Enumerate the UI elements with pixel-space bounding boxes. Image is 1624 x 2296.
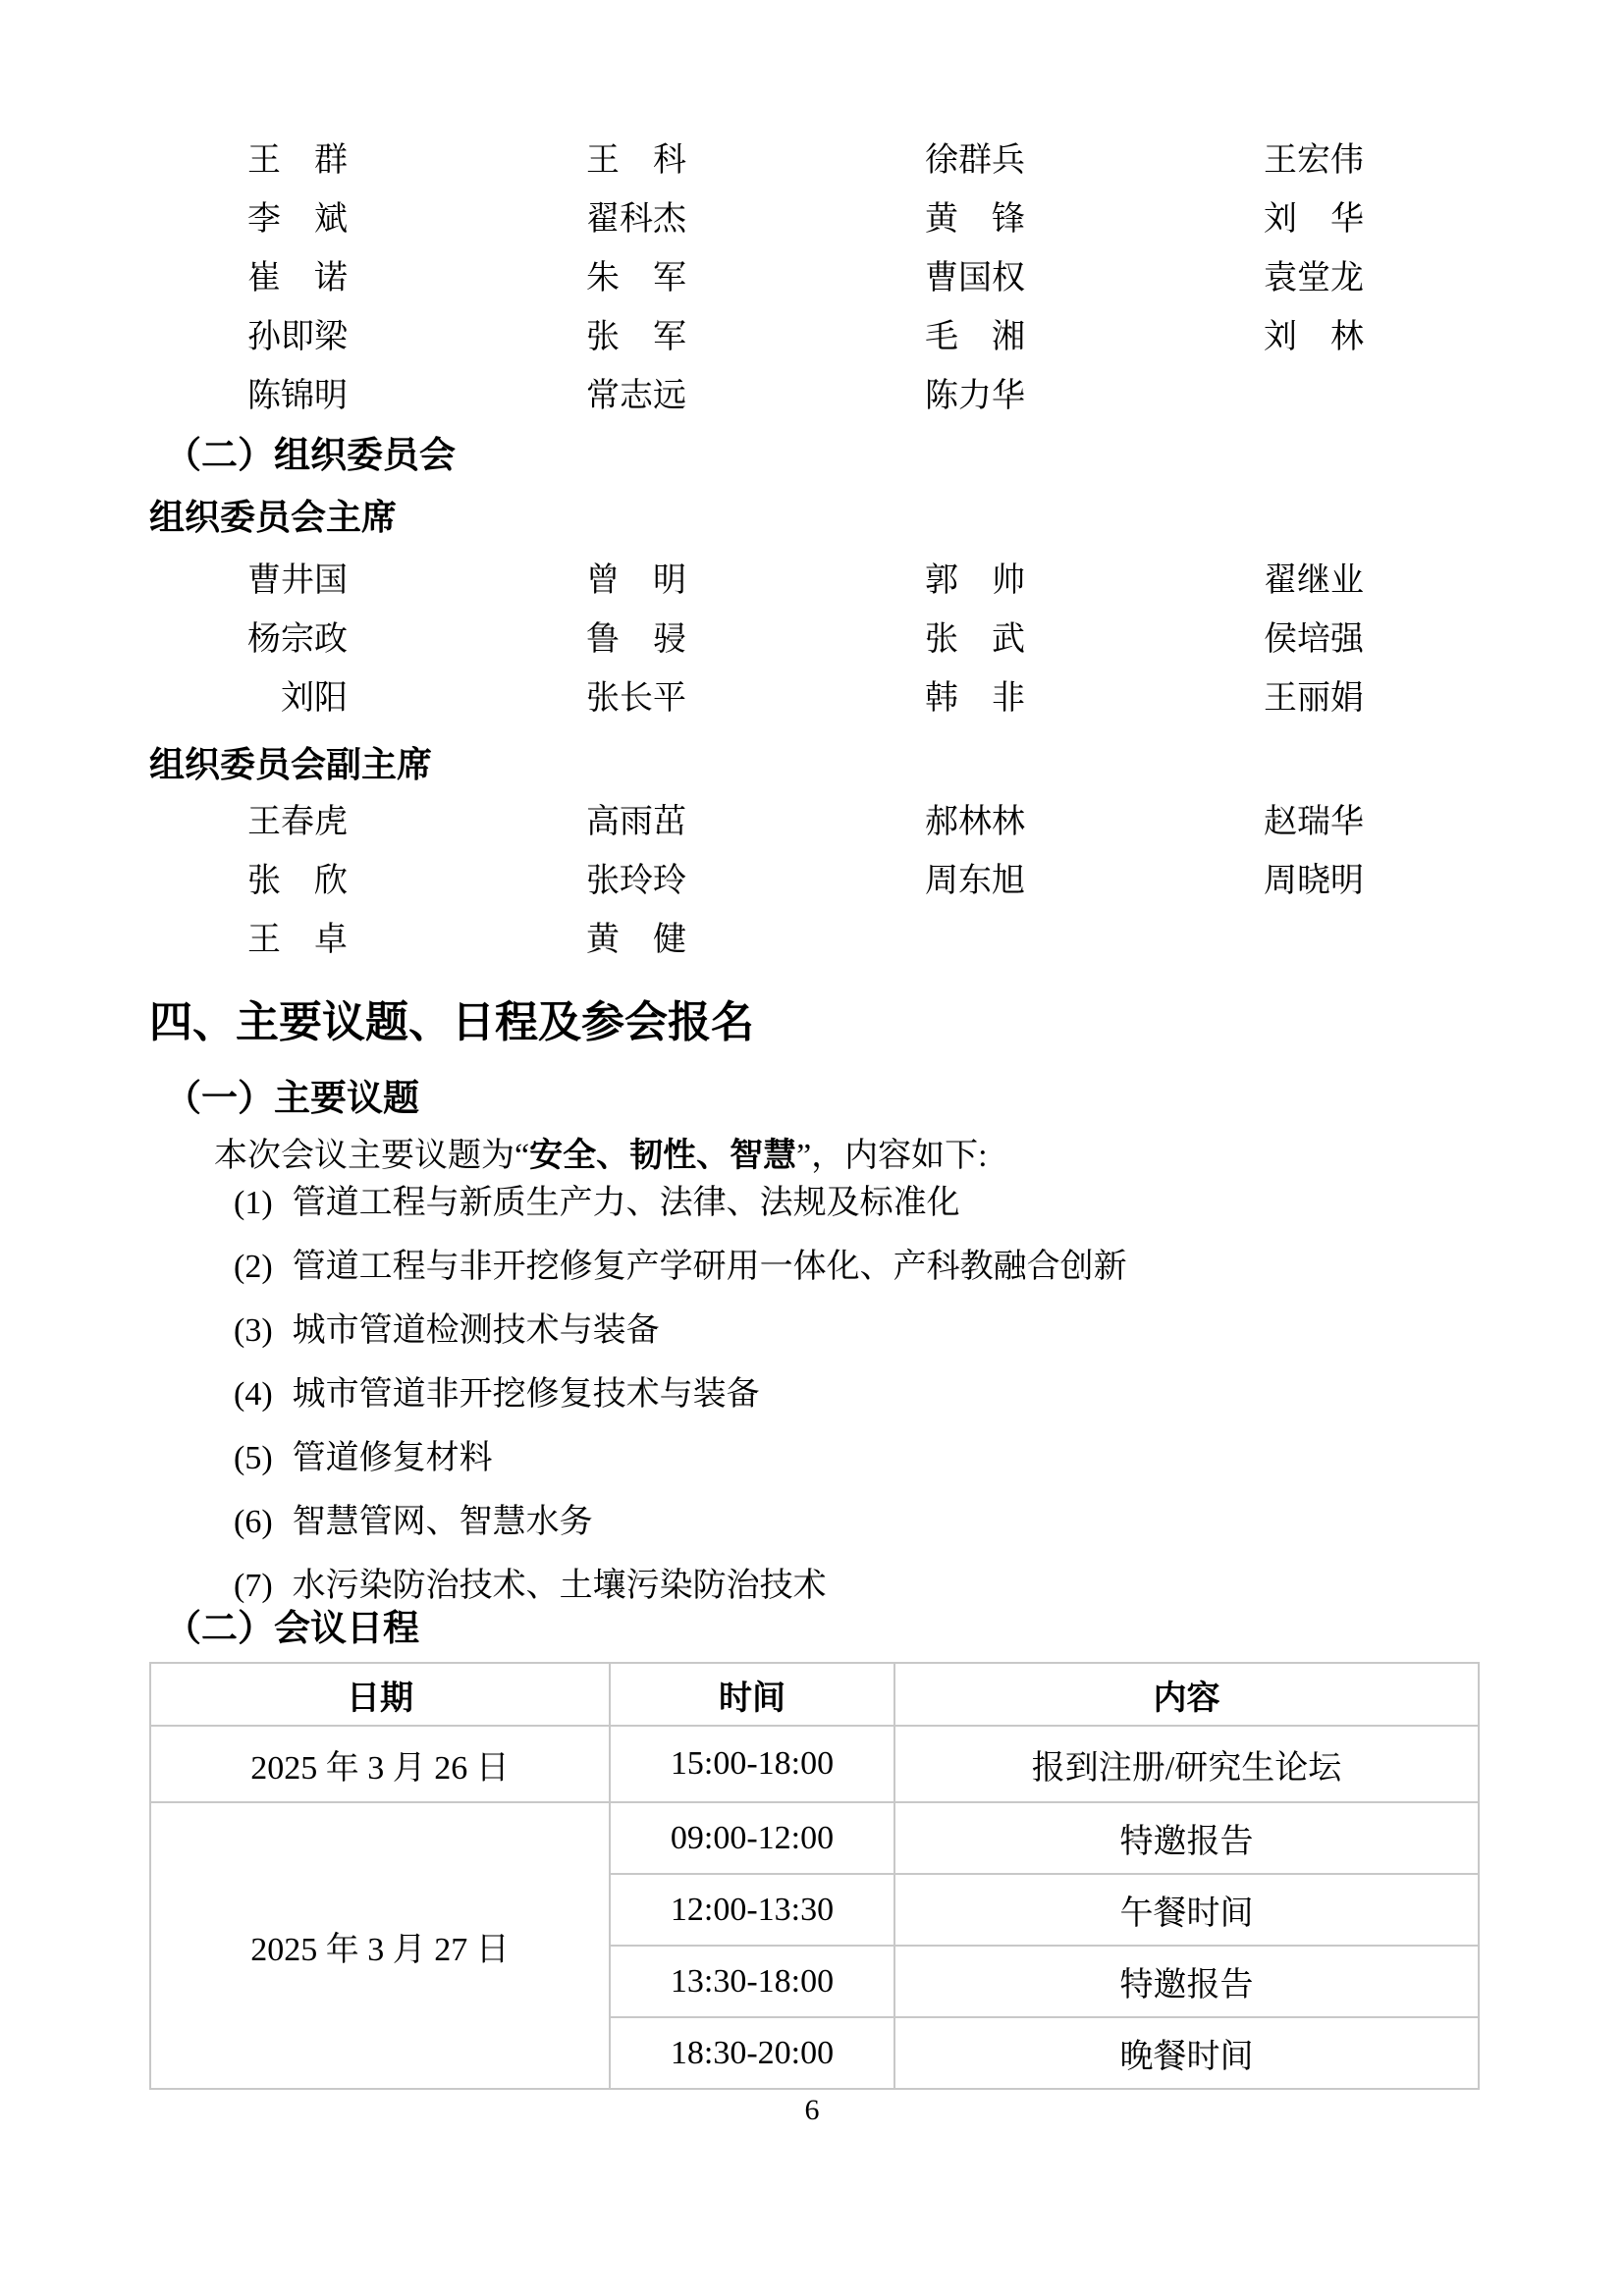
person-name: 陈力华 [925, 367, 1264, 426]
name-row: 王 卓黄 健 [247, 911, 1602, 970]
topic-item-text: 城市管道非开挖修复技术与装备 [293, 1376, 760, 1413]
name-row: 孙即梁张 军毛 湘刘 林 [247, 308, 1602, 367]
topic-item-number: (6) [234, 1490, 273, 1554]
topic-item-text: 管道工程与新质生产力、法律、法规及标准化 [293, 1185, 960, 1221]
topic-item-number: (5) [234, 1426, 273, 1490]
schedule-date-cell: 2025 年 3 月 26 日 [150, 1726, 610, 1802]
org-committee-section-heading: （二）组织委员会 [165, 430, 456, 483]
person-name: 陈锦明 [247, 367, 586, 426]
person-name: 王宏伟 [1264, 132, 1602, 190]
person-name: 张 武 [925, 611, 1264, 669]
topics-intro-suffix: ”，内容如下: [796, 1138, 988, 1174]
schedule-row-day1: 2025 年 3 月 26 日 15:00-18:00 报到注册/研究生论坛 [150, 1726, 1479, 1802]
person-name: 王春虎 [247, 793, 586, 852]
person-name: 孙即梁 [247, 308, 586, 367]
person-name: 曾 明 [586, 552, 925, 611]
person-name: 赵瑞华 [1264, 793, 1602, 852]
topic-item: (1)管道工程与新质生产力、法律、法规及标准化 [234, 1171, 1127, 1235]
topics-intro-keywords: 安全、韧性、智慧 [529, 1138, 796, 1174]
schedule-content-cell: 报到注册/研究生论坛 [894, 1726, 1479, 1802]
topic-item-number: (3) [234, 1299, 273, 1362]
topic-item: (2)管道工程与非开挖修复产学研用一体化、产科教融合创新 [234, 1235, 1127, 1299]
person-name [925, 911, 1264, 970]
person-name: 李 斌 [247, 190, 586, 249]
schedule-header-content: 内容 [894, 1663, 1479, 1726]
person-name: 曹井国 [247, 552, 586, 611]
person-name: 杨宗政 [247, 611, 586, 669]
person-name: 黄 健 [586, 911, 925, 970]
schedule-header-row: 日期 时间 内容 [150, 1663, 1479, 1726]
person-name: 曹国权 [925, 249, 1264, 308]
person-name: 黄 锋 [925, 190, 1264, 249]
topic-item-text: 管道修复材料 [293, 1440, 493, 1476]
person-name [1264, 367, 1602, 426]
page-number: 6 [0, 2093, 1624, 2128]
person-name: 袁堂龙 [1264, 249, 1602, 308]
topic-item-text: 管道工程与非开挖修复产学研用一体化、产科教融合创新 [293, 1249, 1127, 1285]
topic-item-number: (4) [234, 1362, 273, 1426]
topic-item: (4)城市管道非开挖修复技术与装备 [234, 1362, 1127, 1426]
schedule-time-cell: 18:30-20:00 [610, 2017, 894, 2089]
person-name: 张玲玲 [586, 852, 925, 911]
person-name: 韩 非 [925, 669, 1264, 728]
person-name: 崔 诺 [247, 249, 586, 308]
topic-item: (5)管道修复材料 [234, 1426, 1127, 1490]
schedule-content-cell: 特邀报告 [894, 1802, 1479, 1874]
person-name: 朱 军 [586, 249, 925, 308]
name-row: 王春虎高雨茁郝林林赵瑞华 [247, 793, 1602, 852]
person-name: 王丽娟 [1264, 669, 1602, 728]
person-name: 王 科 [586, 132, 925, 190]
person-name: 毛 湘 [925, 308, 1264, 367]
schedule-content-cell: 晚餐时间 [894, 2017, 1479, 2089]
person-name: 周晓明 [1264, 852, 1602, 911]
name-row: 王 群王 科徐群兵王宏伟 [247, 132, 1602, 190]
schedule-heading: （二）会议日程 [165, 1603, 419, 1656]
person-name: 张 欣 [247, 852, 586, 911]
org-committee-chair-heading: 组织委员会主席 [149, 491, 397, 544]
person-name: 侯培强 [1264, 611, 1602, 669]
topics-intro-prefix: 本次会议主要议题为“ [214, 1138, 529, 1174]
main-topics-heading: （一）主要议题 [165, 1073, 419, 1126]
expert-member-name-grid: 王 群王 科徐群兵王宏伟李 斌翟科杰黄 锋刘 华崔 诺朱 军曹国权袁堂龙孙即梁张… [247, 132, 1602, 426]
person-name: 张 军 [586, 308, 925, 367]
schedule-row-day2-slot1: 2025 年 3 月 27 日 09:00-12:00 特邀报告 [150, 1802, 1479, 1874]
person-name: 翟继业 [1264, 552, 1602, 611]
name-row: 崔 诺朱 军曹国权袁堂龙 [247, 249, 1602, 308]
person-name: 常志远 [586, 367, 925, 426]
schedule-time-cell: 15:00-18:00 [610, 1726, 894, 1802]
schedule-table: 日期 时间 内容 2025 年 3 月 26 日 15:00-18:00 报到注… [149, 1662, 1480, 2090]
org-committee-vice-chair-name-grid: 王春虎高雨茁郝林林赵瑞华张 欣张玲玲周东旭周晓明王 卓黄 健 [247, 793, 1602, 970]
org-committee-vice-chair-heading: 组织委员会副主席 [149, 738, 432, 791]
person-name: 周东旭 [925, 852, 1264, 911]
name-row: 杨宗政鲁 骎张 武侯培强 [247, 611, 1602, 669]
section4-heading: 四、主要议题、日程及参会报名 [149, 993, 754, 1052]
schedule-time-cell: 13:30-18:00 [610, 1946, 894, 2017]
topic-item-number: (2) [234, 1235, 273, 1299]
person-name: 王 群 [247, 132, 586, 190]
topic-item-text: 水污染防治技术、土壤污染防治技术 [293, 1568, 827, 1604]
schedule-header-time: 时间 [610, 1663, 894, 1726]
person-name: 郝林林 [925, 793, 1264, 852]
person-name [1264, 911, 1602, 970]
topic-item-list: (1)管道工程与新质生产力、法律、法规及标准化 (2)管道工程与非开挖修复产学研… [234, 1171, 1127, 1618]
org-committee-chair-name-grid: 曹井国曾 明郭 帅翟继业杨宗政鲁 骎张 武侯培强 刘阳张长平韩 非王丽娟 [247, 552, 1602, 728]
person-name: 鲁 骎 [586, 611, 925, 669]
topic-item: (3)城市管道检测技术与装备 [234, 1299, 1127, 1362]
topic-item-text: 城市管道检测技术与装备 [293, 1312, 660, 1349]
name-row: 张 欣张玲玲周东旭周晓明 [247, 852, 1602, 911]
schedule-content-cell: 特邀报告 [894, 1946, 1479, 2017]
schedule-header-date: 日期 [150, 1663, 610, 1726]
person-name: 翟科杰 [586, 190, 925, 249]
schedule-time-cell: 12:00-13:30 [610, 1874, 894, 1946]
schedule-time-cell: 09:00-12:00 [610, 1802, 894, 1874]
schedule-content-cell: 午餐时间 [894, 1874, 1479, 1946]
name-row: 李 斌翟科杰黄 锋刘 华 [247, 190, 1602, 249]
person-name: 张长平 [586, 669, 925, 728]
topic-item-text: 智慧管网、智慧水务 [293, 1504, 593, 1540]
person-name: 高雨茁 [586, 793, 925, 852]
topic-item-number: (1) [234, 1171, 273, 1235]
person-name: 王 卓 [247, 911, 586, 970]
topic-item: (6)智慧管网、智慧水务 [234, 1490, 1127, 1554]
person-name: 刘 华 [1264, 190, 1602, 249]
person-name: 刘阳 [247, 669, 586, 728]
person-name: 徐群兵 [925, 132, 1264, 190]
person-name: 郭 帅 [925, 552, 1264, 611]
schedule-date-cell: 2025 年 3 月 27 日 [150, 1802, 610, 2089]
name-row: 陈锦明常志远陈力华 [247, 367, 1602, 426]
person-name: 刘 林 [1264, 308, 1602, 367]
name-row: 刘阳张长平韩 非王丽娟 [247, 669, 1602, 728]
document-page: 王 群王 科徐群兵王宏伟李 斌翟科杰黄 锋刘 华崔 诺朱 军曹国权袁堂龙孙即梁张… [0, 0, 1624, 2296]
name-row: 曹井国曾 明郭 帅翟继业 [247, 552, 1602, 611]
